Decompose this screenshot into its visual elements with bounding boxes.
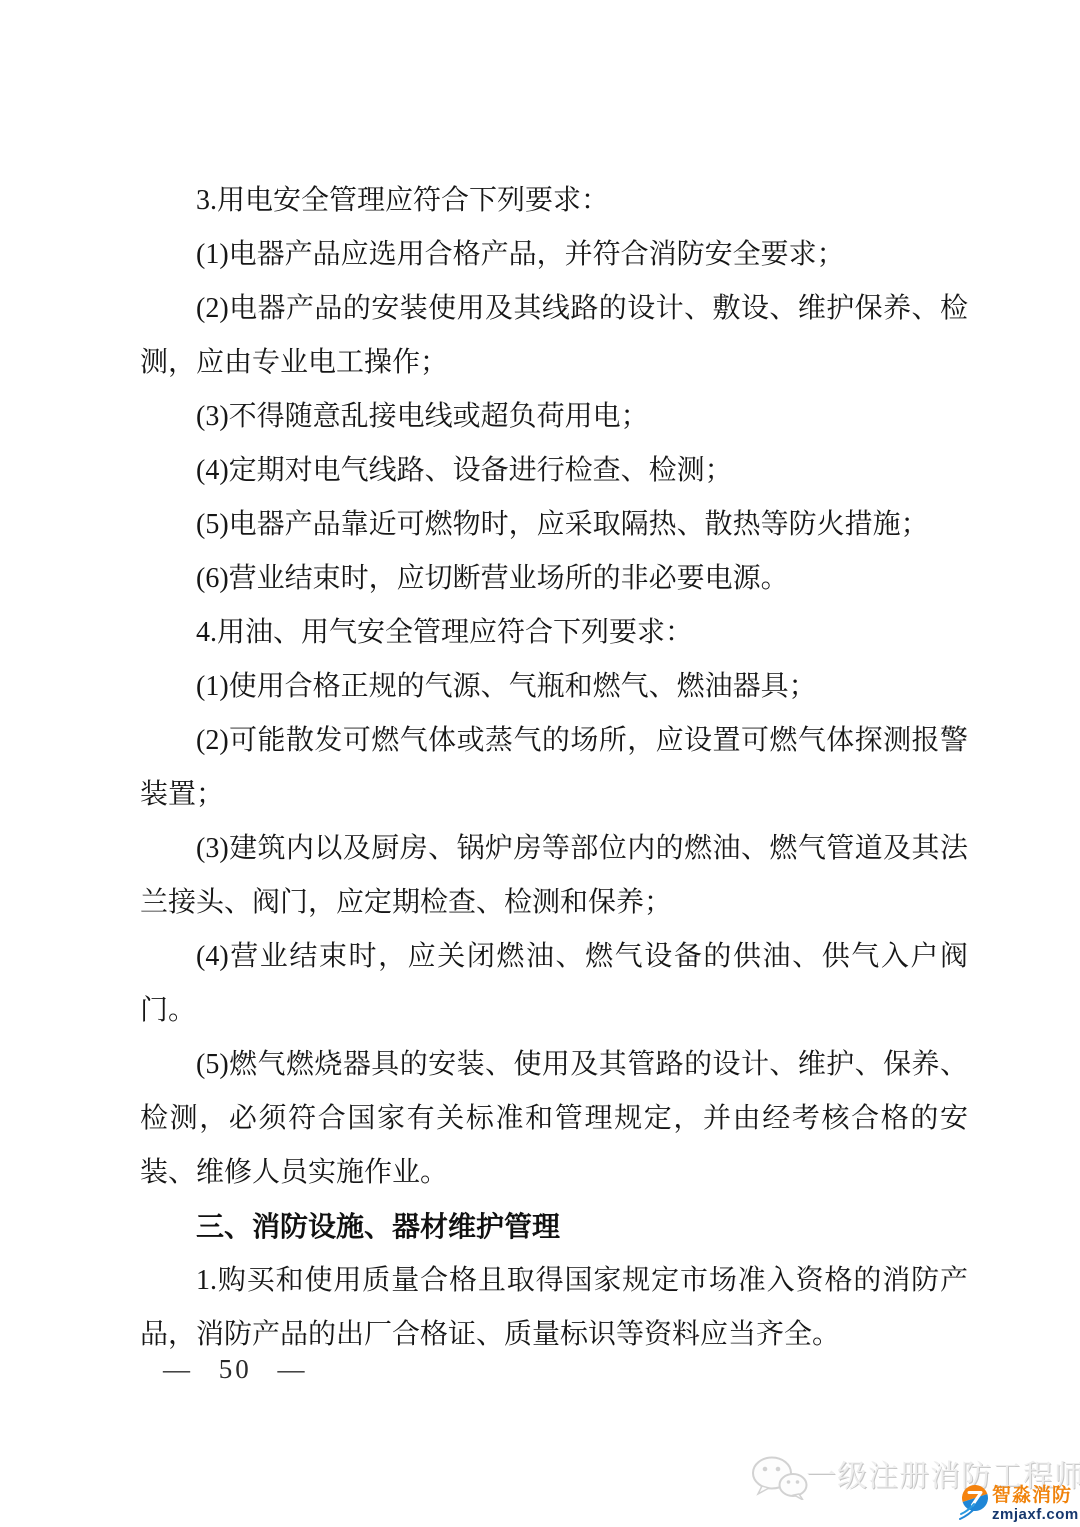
section-heading: 三、消防设施、器材维护管理 bbox=[140, 1200, 968, 1254]
paragraph: (3)建筑内以及厨房、锅炉房等部位内的燃油、燃气管道及其法兰接头、阀门，应定期检… bbox=[140, 822, 968, 930]
document-page: 3.用电安全管理应符合下列要求： (1)电器产品应选用合格产品，并符合消防安全要… bbox=[0, 0, 1080, 1527]
document-body: 3.用电安全管理应符合下列要求： (1)电器产品应选用合格产品，并符合消防安全要… bbox=[140, 174, 968, 1362]
brand-domain: zmjaxf.com bbox=[992, 1506, 1079, 1523]
watermark-stamp: 一级注册消防工程师 智淼消防 zmjaxf.com bbox=[745, 1450, 1080, 1527]
wechat-icon bbox=[751, 1456, 809, 1505]
paragraph: (1)使用合格正规的气源、气瓶和燃气、燃油器具； bbox=[140, 660, 968, 714]
brand-text-block: 智淼消防 zmjaxf.com bbox=[992, 1486, 1079, 1523]
paragraph: (2)可能散发可燃气体或蒸气的场所，应设置可燃气体探测报警装置； bbox=[140, 714, 968, 822]
brand-logo-icon bbox=[959, 1485, 989, 1526]
paragraph: (4)定期对电气线路、设备进行检查、检测； bbox=[140, 444, 968, 498]
paragraph: (6)营业结束时，应切断营业场所的非必要电源。 bbox=[140, 552, 968, 606]
paragraph: (1)电器产品应选用合格产品，并符合消防安全要求； bbox=[140, 228, 968, 282]
paragraph: 3.用电安全管理应符合下列要求： bbox=[140, 174, 968, 228]
paragraph: (4)营业结束时，应关闭燃油、燃气设备的供油、供气入户阀门。 bbox=[140, 930, 968, 1038]
paragraph: 4.用油、用气安全管理应符合下列要求： bbox=[140, 606, 968, 660]
brand-name: 智淼消防 bbox=[992, 1486, 1079, 1506]
paragraph: (5)电器产品靠近可燃物时，应采取隔热、散热等防火措施； bbox=[140, 498, 968, 552]
paragraph: (5)燃气燃烧器具的安装、使用及其管路的设计、维护、保养、检测，必须符合国家有关… bbox=[140, 1038, 968, 1200]
paragraph: 1.购买和使用质量合格且取得国家规定市场准入资格的消防产品，消防产品的出厂合格证… bbox=[140, 1254, 968, 1362]
paragraph: (2)电器产品的安装使用及其线路的设计、敷设、维护保养、检测，应由专业电工操作； bbox=[140, 282, 968, 390]
paragraph: (3)不得随意乱接电线或超负荷用电； bbox=[140, 390, 968, 444]
page-number: — 50 — bbox=[163, 1354, 308, 1385]
